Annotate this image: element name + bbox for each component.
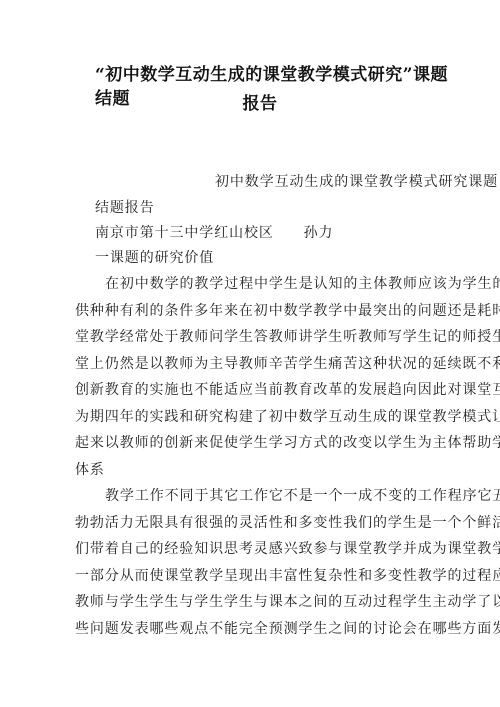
author-line: 南京市第十三中学红山校区 孙力: [95, 224, 457, 242]
document-page: “初中数学互动生成的课堂教学模式研究”课题结题 报告 初中数学互动生成的课堂教学…: [0, 0, 500, 707]
subtitle-line2: 结题报告: [95, 199, 457, 217]
subtitle-line1: 初中数学互动生成的课堂教学模式研究课题: [215, 173, 445, 191]
paragraph-line: 些问题发表哪些观点不能完全预测学生之间的讨论会在哪些方面发生争执产生: [75, 620, 437, 638]
paragraph-line: 一部分从而使课堂教学呈现出丰富性复杂性和多变性教学的过程应是互动的是: [75, 567, 437, 585]
document-title-line2: 报告: [60, 92, 460, 116]
paragraph-line: 体系: [75, 461, 437, 479]
section-heading: 一课题的研究价值: [95, 249, 457, 267]
paragraph-line: 教学工作不同于其它工作它不是一个一成不变的工作程序它五彩斑斓生机: [105, 487, 467, 505]
paragraph-line: 们带着自己的经验知识思考灵感兴致参与课堂教学并成为课堂教学不可分割的: [75, 540, 437, 558]
paragraph-line: 创新教育的实施也不能适应当前教育改革的发展趋向因此对课堂互动策略进行: [75, 381, 437, 399]
paragraph-line: 堂教学经常处于教师问学生答教师讲学生听教师写学生记的师授生受的状态课: [75, 328, 437, 346]
paragraph-line: 在初中数学的教学过程中学生是认知的主体教师应该为学生的知识建构提: [105, 275, 467, 293]
paragraph-line: 教师与学生学生与学生学生与课本之间的互动过程学生主动学了以后会提出哪: [75, 593, 437, 611]
paragraph-line: 堂上仍然是以教师为主导教师辛苦学生痛苦这种状况的延续既不利于素质教育: [75, 355, 437, 373]
paragraph-line: 供种种有利的条件多年来在初中数学教学中最突出的问题还是耗时多效率低课: [75, 302, 437, 320]
paragraph-line: 起来以教师的创新来促使学生学习方式的改变以学生为主体帮助学生建构知识: [75, 434, 437, 452]
paragraph-line: 勃勃活力无限具有很强的灵活性和多变性我们的学生是一个个鲜活的生命体他: [75, 514, 437, 532]
paragraph-line: 为期四年的实践和研究构建了初中数学互动生成的课堂教学模式让数学课堂活: [75, 408, 437, 426]
